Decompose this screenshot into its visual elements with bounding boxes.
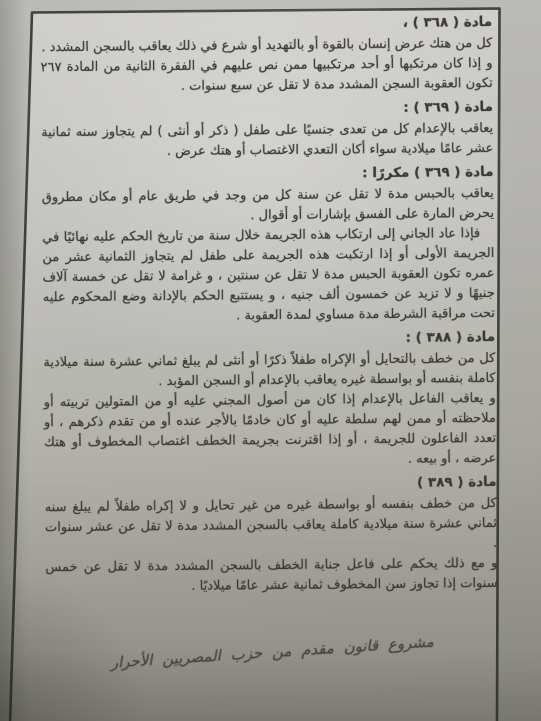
article-heading: مادة ( ٣٦٨ ) ، bbox=[40, 12, 492, 37]
article-paragraph: و إذا كان مرتكبها أو أحد مرتكبيها ممن نص… bbox=[40, 54, 492, 98]
handwritten-note: مشروع قانون مقدم من حزب المصريين الأحرار bbox=[46, 628, 498, 676]
article-paragraph: و يعاقب الفاعل بالإعدام إذا كان من أصول … bbox=[44, 389, 497, 473]
article-368: مادة ( ٣٦٨ ) ، كل من هتك عرض إنسان بالقو… bbox=[40, 12, 493, 98]
article-388: مادة ( ٣٨٨ ) : كل من خطف بالتحايل أو الإ… bbox=[43, 327, 496, 473]
article-paragraph: و مع ذلك يحكم على فاعل جناية الخطف بالسج… bbox=[45, 554, 497, 598]
article-heading: مادة ( ٣٨٩ ) bbox=[44, 472, 496, 497]
article-369-bis: مادة ( ٣٦٩ ) مكررًا : يعاقب بالحبس مدة ل… bbox=[41, 162, 495, 328]
article-paragraph: كل من خطف بنفسه أو بواسطة غيره من غير تح… bbox=[45, 494, 498, 558]
document-content: مادة ( ٣٦٨ ) ، كل من هتك عرض إنسان بالقو… bbox=[40, 8, 498, 663]
article-paragraph: فإذا عاد الجاني إلى ارتكاب هذه الجريمة خ… bbox=[42, 224, 495, 328]
document-photo: مادة ( ٣٦٨ ) ، كل من هتك عرض إنسان بالقو… bbox=[0, 0, 541, 721]
article-paragraph: يعاقب بالإعدام كل من تعدى جنسيًا على طفل… bbox=[41, 119, 493, 163]
article-389: مادة ( ٣٨٩ ) كل من خطف بنفسه أو بواسطة غ… bbox=[44, 472, 497, 598]
article-heading: مادة ( ٣٨٨ ) : bbox=[43, 327, 495, 352]
article-heading: مادة ( ٣٦٩ ) : bbox=[41, 97, 493, 122]
article-paragraph: كل من خطف بالتحايل أو الإكراه طفلاً ذكرً… bbox=[43, 349, 495, 393]
article-369: مادة ( ٣٦٩ ) : يعاقب بالإعدام كل من تعدى… bbox=[41, 97, 494, 163]
article-paragraph: يعاقب بالحبس مدة لا تقل عن سنة كل من وجد… bbox=[42, 184, 494, 228]
article-heading: مادة ( ٣٦٩ ) مكررًا : bbox=[41, 162, 493, 187]
